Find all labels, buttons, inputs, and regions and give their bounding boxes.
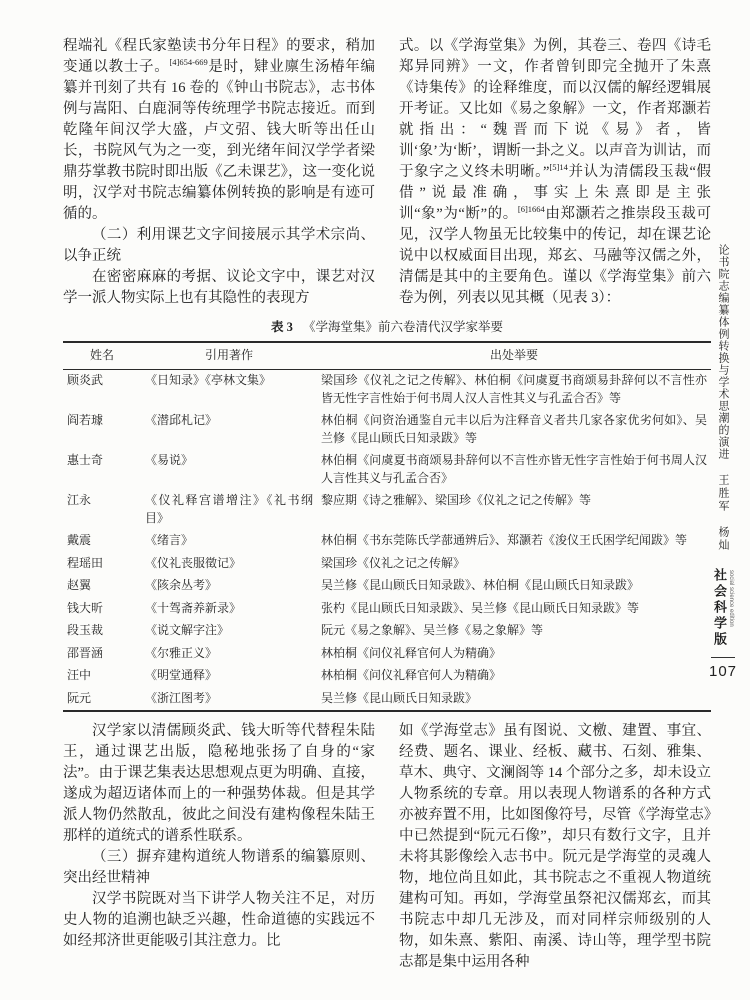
cell-works: 《浙江图考》 [141,687,317,711]
cell-sources: 张杓《昆山顾氏日知录跋》、吴兰修《昆山顾氏日知录跋》等 [317,597,711,620]
table-row: 段玉裁《说文解字注》阮元《易之象解》、吴兰修《易之象解》等 [63,620,711,643]
column-header-works: 引用著作 [141,342,317,369]
table-block: 表 3《学海堂集》前六卷清代汉学家举要 姓名 引用著作 出处举要 顾炎武《日知录… [63,319,711,712]
cell-name: 钱大昕 [63,597,141,620]
table-row: 程瑶田《仪礼丧服徵记》梁国珍《仪礼之记之传解》 [63,552,711,575]
cell-name: 程瑶田 [63,552,141,575]
scholars-table: 姓名 引用著作 出处举要 顾炎武《日知录》《亭林文集》梁国珍《仪礼之记之传解》、… [63,341,711,712]
table-row: 邵晋涵《尔雅正义》林柏桐《问仪礼释官何人为精确》 [63,642,711,665]
top-columns: 程端礼《程氏家塾读书分年日程》的要求，稍加变通以教士子。[4]654-669是时… [63,36,711,309]
journal-page: 程端礼《程氏家塾读书分年日程》的要求，稍加变通以教士子。[4]654-669是时… [0,0,750,1000]
cell-name: 戴震 [63,530,141,553]
column-header-name: 姓名 [63,342,141,369]
table-row: 赵翼《陔余丛考》吴兰修《昆山顾氏日知录跋》、林伯桐《昆山顾氏日知录跋》 [63,575,711,598]
cell-name: 赵翼 [63,575,141,598]
table-row: 顾炎武《日知录》《亭林文集》梁国珍《仪礼之记之传解》、林伯桐《问虞夏书商颂易卦辞… [63,369,711,410]
section-heading: （三）摒弃建构道统人物谱系的编纂原则、突出经世精神 [63,847,375,889]
cell-sources: 吴兰修《昆山顾氏日知录跋》 [317,687,711,711]
table-caption: 表 3《学海堂集》前六卷清代汉学家举要 [63,319,711,336]
left-column-bottom: 汉学家以清儒顾炎武、钱大昕等代替程朱陆王，通过课艺出版，隐秘地张扬了自身的“家法… [63,721,375,973]
body-text: 式。以《学海堂集》为例，其卷三、卷四《诗毛郑异同辨》一文，作者曾钊即完全抛开了朱… [399,38,711,180]
cell-name: 阮元 [63,687,141,711]
journal-edition-cn: 社会科学版 [712,568,726,648]
table-row: 阮元《浙江图考》吴兰修《昆山顾氏日知录跋》 [63,687,711,711]
table-row: 戴震《绪言》林伯桐《书东莞陈氏学蔀通辨后》、郑灏若《浚仪王氏困学纪闻跋》等 [63,530,711,553]
table-row: 阎若璩《潜邱札记》林伯桐《问资治通鉴自元丰以后为注释音义者共几家各家优劣何如》、… [63,410,711,450]
cell-name: 汪中 [63,665,141,688]
section-heading: （二）利用课艺文字间接展示其学术宗尚、以争正统 [63,225,375,267]
left-column-top: 程端礼《程氏家塾读书分年日程》的要求，稍加变通以教士子。[4]654-669是时… [63,36,375,309]
citation-ref: [6]1664 [518,204,545,214]
cell-works: 《明堂通释》 [141,665,317,688]
journal-sidebar: 论书院志编纂体例转换与学术思潮的演进 王胜军 杨灿 社会科学版 social s… [710,244,736,680]
article-title-vertical: 论书院志编纂体例转换与学术思潮的演进 [716,244,730,460]
cell-sources: 林伯桐《问虞夏书商颂易卦辞何以不言性亦皆无性字言性始于何书周人汉人言性其义与孔孟… [317,450,711,490]
cell-name: 江永 [63,490,141,530]
table-row: 惠士奇《易说》林伯桐《问虞夏书商颂易卦辞何以不言性亦皆无性字言性始于何书周人汉人… [63,450,711,490]
paragraph: 汉学家以清儒顾炎武、钱大昕等代替程朱陆王，通过课艺出版，隐秘地张扬了自身的“家法… [63,721,375,847]
cell-name: 阎若璩 [63,410,141,450]
article-authors-vertical: 王胜军 杨灿 [716,474,730,552]
cell-name: 段玉裁 [63,620,141,643]
cell-sources: 林伯桐《问资治通鉴自元丰以后为注释音义者共几家各家优劣何如》、吴兰修《昆山顾氏日… [317,410,711,450]
cell-sources: 黎应期《诗之雅解》、梁国珍《仪礼之记之传解》等 [317,490,711,530]
sidebar-divider [711,657,735,658]
cell-works: 《潜邱札记》 [141,410,317,450]
cell-sources: 梁国珍《仪礼之记之传解》 [317,552,711,575]
table-title: 《学海堂集》前六卷清代汉学家举要 [303,320,503,334]
table-label: 表 3 [271,320,293,334]
page-number: 107 [709,663,737,680]
right-column-top: 式。以《学海堂集》为例，其卷三、卷四《诗毛郑异同辨》一文，作者曾钊即完全抛开了朱… [399,36,711,309]
paragraph: 程端礼《程氏家塾读书分年日程》的要求，稍加变通以教士子。[4]654-669是时… [63,36,375,225]
body-text: 是时，肄业廪生汤椿年编纂并刊刻了共有 16 卷的《钟山书院志》，志书体例与嵩阳、… [63,59,375,222]
cell-name: 顾炎武 [63,369,141,410]
cell-name: 惠士奇 [63,450,141,490]
table-row: 江永《仪礼释宫谱增注》《礼书纲目》黎应期《诗之雅解》、梁国珍《仪礼之记之传解》等 [63,490,711,530]
cell-sources: 阮元《易之象解》、吴兰修《易之象解》等 [317,620,711,643]
right-column-bottom: 如《学海堂志》虽有图说、文檄、建置、事宜、经费、题名、课业、经板、藏书、石刻、雅… [399,721,711,973]
cell-works: 《仪礼释宫谱增注》《礼书纲目》 [141,490,317,530]
cell-sources: 林柏桐《问仪礼释官何人为精确》 [317,665,711,688]
cell-works: 《日知录》《亭林文集》 [141,369,317,410]
journal-edition-en: social science edition [727,570,734,627]
cell-sources: 林柏桐《问仪礼释官何人为精确》 [317,642,711,665]
journal-edition-block: 社会科学版 social science edition [712,568,734,648]
bottom-columns: 汉学家以清儒顾炎武、钱大昕等代替程朱陆王，通过课艺出版，隐秘地张扬了自身的“家法… [63,721,711,973]
cell-works: 《陔余丛考》 [141,575,317,598]
citation-ref: [5]14 [549,162,567,172]
cell-sources: 吴兰修《昆山顾氏日知录跋》、林伯桐《昆山顾氏日知录跋》 [317,575,711,598]
paragraph: 汉学书院既对当下讲学人物关注不足，对历史人物的追溯也缺乏兴趣，性命道德的实践远不… [63,889,375,952]
cell-sources: 林伯桐《书东莞陈氏学蔀通辨后》、郑灏若《浚仪王氏困学纪闻跋》等 [317,530,711,553]
cell-works: 《说文解字注》 [141,620,317,643]
cell-works: 《尔雅正义》 [141,642,317,665]
cell-works: 《仪礼丧服徵记》 [141,552,317,575]
table-row: 钱大昕《十驾斋养新录》张杓《昆山顾氏日知录跋》、吴兰修《昆山顾氏日知录跋》等 [63,597,711,620]
table-header-row: 姓名 引用著作 出处举要 [63,342,711,369]
column-header-sources: 出处举要 [317,342,711,369]
cell-works: 《十驾斋养新录》 [141,597,317,620]
paragraph: 式。以《学海堂集》为例，其卷三、卷四《诗毛郑异同辨》一文，作者曾钊即完全抛开了朱… [399,36,711,309]
table-row: 汪中《明堂通释》林柏桐《问仪礼释官何人为精确》 [63,665,711,688]
cell-sources: 梁国珍《仪礼之记之传解》、林伯桐《问虞夏书商颂易卦辞何以不言性亦皆无性字言性始于… [317,369,711,410]
cell-works: 《易说》 [141,450,317,490]
cell-works: 《绪言》 [141,530,317,553]
citation-ref: [4]654-669 [169,57,207,67]
paragraph: 在密密麻麻的考据、议论文字中，课艺对汉学一派人物实际上也有其隐性的表现方 [63,267,375,309]
paragraph: 如《学海堂志》虽有图说、文檄、建置、事宜、经费、题名、课业、经板、藏书、石刻、雅… [399,721,711,973]
page-body: 程端礼《程氏家塾读书分年日程》的要求，稍加变通以教士子。[4]654-669是时… [63,36,711,973]
cell-name: 邵晋涵 [63,642,141,665]
